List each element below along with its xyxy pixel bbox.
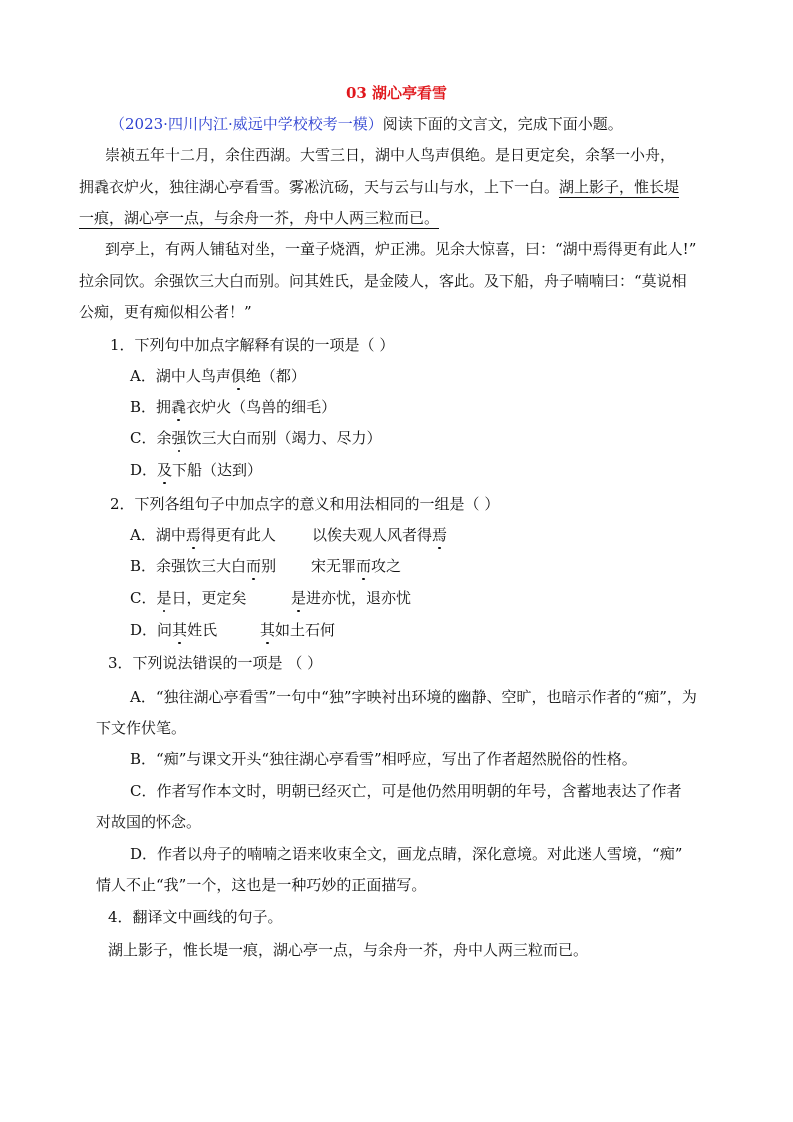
option-text: 以俟夫观人风者得 bbox=[312, 526, 432, 544]
question-2-stem: 2．下列各组句子中加点字的意义和用法相同的一组是（ ） bbox=[110, 494, 499, 514]
option-label: C． bbox=[130, 429, 156, 447]
question-3-option-c: C．作者写作本文时，明朝已经灭亡，可是他仍然用明朝的年号，含蓄地表达了作者 bbox=[130, 781, 682, 801]
option-text: 得更有此人 bbox=[201, 526, 276, 544]
question-3-option-a-cont: 下文作伏笔。 bbox=[96, 718, 186, 738]
instruction-text: 阅读下面的文言文，完成下面小题。 bbox=[383, 115, 623, 133]
option-label: D． bbox=[130, 845, 157, 863]
option-text: 拥 bbox=[156, 398, 171, 416]
question-1-option-c: C．余强饮三大白而别（竭力、尽力） bbox=[130, 428, 382, 448]
question-3-option-d-cont: 情人不止“我”一个，这也是一种巧妙的正面描写。 bbox=[96, 875, 426, 895]
option-label: D． bbox=[130, 461, 157, 479]
passage-p1-line1: 崇祯五年十二月，余住西湖。大雪三日，湖中人鸟声俱绝。是日更定矣，余拏一小舟， bbox=[105, 145, 675, 165]
dotted-char: 俱 bbox=[231, 366, 246, 386]
option-label: A． bbox=[130, 367, 156, 385]
dotted-char: 而 bbox=[246, 556, 261, 576]
question-2-option-d: D．问其姓氏 bbox=[130, 620, 217, 640]
underlined-sentence: 湖上影子，惟长堤 bbox=[559, 178, 679, 198]
passage-p1-line2: 拥毳衣炉火，独往湖心亭看雪。雾凇沆砀，天与云与山与水，上下一白。湖上影子，惟长堤 bbox=[79, 177, 679, 197]
option-label: B． bbox=[130, 557, 156, 575]
dotted-char: 是 bbox=[156, 588, 171, 608]
question-2-option-a-second: 以俟夫观人风者得焉 bbox=[312, 525, 447, 545]
source-citation: （2023·四川内江·威远中学校校考一模） bbox=[110, 115, 383, 133]
passage-p2-line3: 公痴，更有痴似相公者！” bbox=[79, 302, 252, 322]
option-text: 作者以舟子的喃喃之语来收束全文，画龙点睛，深化意境。对此迷人雪境，“痴” bbox=[157, 845, 682, 863]
option-text: 湖中人鸟声 bbox=[156, 367, 231, 385]
passage-p1-line3: 一痕，湖心亭一点，与余舟一芥，舟中人两三粒而已。 bbox=[79, 208, 439, 228]
question-2-option-c: C．是日，更定矣 bbox=[130, 588, 247, 608]
question-3-option-a: A．“独往湖心亭看雪”一句中“独”字映衬出环境的幽静、空旷，也暗示作者的“痴”，… bbox=[130, 687, 697, 707]
question-1-option-b: B．拥毳衣炉火（鸟兽的细毛） bbox=[130, 397, 336, 417]
dotted-char: 及 bbox=[157, 460, 172, 480]
question-1-option-d: D．及下船（达到） bbox=[130, 460, 262, 480]
option-label: B． bbox=[130, 750, 156, 768]
passage-p2-line1: 到亭上，有两人铺毡对坐，一童子烧酒，炉正沸。见余大惊喜，曰：“湖中焉得更有此人!… bbox=[105, 239, 696, 259]
document-title: 03 湖心亭看雪 bbox=[0, 83, 793, 103]
option-label: A． bbox=[130, 526, 156, 544]
passage-p2-line2: 拉余同饮。余强饮三大白而别。问其姓氏，是金陵人，客此。及下船，舟子喃喃曰：“莫说… bbox=[79, 271, 687, 291]
question-2-option-b: B．余强饮三大白而别 bbox=[130, 556, 276, 576]
dotted-char: 毳 bbox=[171, 397, 186, 417]
option-label: A． bbox=[130, 688, 156, 706]
question-3-option-c-cont: 对故国的怀念。 bbox=[96, 812, 201, 832]
option-label: C． bbox=[130, 589, 156, 607]
option-text: 作者写作本文时，明朝已经灭亡，可是他仍然用明朝的年号，含蓄地表达了作者 bbox=[156, 782, 681, 800]
dotted-char: 焉 bbox=[432, 525, 447, 545]
option-text: 日，更定矣 bbox=[172, 589, 247, 607]
option-label: C． bbox=[130, 782, 156, 800]
dotted-char: 焉 bbox=[186, 525, 201, 545]
option-label: B． bbox=[130, 398, 156, 416]
question-3-stem: 3．下列说法错误的一项是 （ ） bbox=[108, 653, 322, 673]
question-1-stem: 1．下列句中加点字解释有误的一项是（ ） bbox=[110, 335, 394, 355]
question-4-answer-line: 湖上影子，惟长堤一痕，湖心亭一点，与余舟一芥，舟中人两三粒而已。 bbox=[108, 940, 588, 960]
dotted-char: 其 bbox=[172, 620, 187, 640]
option-text: 余 bbox=[156, 429, 171, 447]
option-text: 衣炉火（鸟兽的细毛） bbox=[186, 398, 336, 416]
option-text: 湖中 bbox=[156, 526, 186, 544]
option-text: “痴”与课文开头“独往湖心亭看雪”相呼应，写出了作者超然脱俗的性格。 bbox=[156, 750, 637, 768]
passage-text: 拥毳衣炉火，独往湖心亭看雪。雾凇沆砀，天与云与山与水，上下一白。 bbox=[79, 178, 559, 196]
option-text: 下船（达到） bbox=[172, 461, 262, 479]
option-text: 攻之 bbox=[371, 557, 401, 575]
question-2-option-b-second: 宋无罪而攻之 bbox=[311, 556, 401, 576]
question-3-option-d: D．作者以舟子的喃喃之语来收束全文，画龙点睛，深化意境。对此迷人雪境，“痴” bbox=[130, 844, 682, 864]
option-text: 问 bbox=[157, 621, 172, 639]
question-3-option-b: B．“痴”与课文开头“独往湖心亭看雪”相呼应，写出了作者超然脱俗的性格。 bbox=[130, 749, 637, 769]
question-4-stem: 4．翻译文中画线的句子。 bbox=[108, 907, 283, 927]
question-1-option-a: A．湖中人鸟声俱绝（都） bbox=[130, 366, 306, 386]
question-2-option-c-second: 是进亦忧，退亦忧 bbox=[291, 588, 411, 608]
dotted-char: 是 bbox=[291, 588, 306, 608]
option-text: 余强饮三大白 bbox=[156, 557, 246, 575]
intro-line: （2023·四川内江·威远中学校校考一模）阅读下面的文言文，完成下面小题。 bbox=[110, 114, 623, 134]
dotted-char: 而 bbox=[356, 556, 371, 576]
option-text: 宋无罪 bbox=[311, 557, 356, 575]
option-text: 进亦忧，退亦忧 bbox=[306, 589, 411, 607]
dotted-char: 强 bbox=[172, 428, 187, 448]
option-text: 别 bbox=[261, 557, 276, 575]
option-text: 如土石何 bbox=[275, 621, 335, 639]
option-text: 饮三大白而别（竭力、尽力） bbox=[187, 429, 382, 447]
underlined-sentence: 一痕，湖心亭一点，与余舟一芥，舟中人两三粒而已。 bbox=[79, 209, 439, 229]
question-2-option-d-second: 其如土石何 bbox=[260, 620, 335, 640]
option-text: 绝（都） bbox=[246, 367, 306, 385]
option-text: 姓氏 bbox=[187, 621, 217, 639]
option-label: D． bbox=[130, 621, 157, 639]
dotted-char: 其 bbox=[260, 620, 275, 640]
option-text: “独往湖心亭看雪”一句中“独”字映衬出环境的幽静、空旷，也暗示作者的“痴”，为 bbox=[156, 688, 697, 706]
question-2-option-a: A．湖中焉得更有此人 bbox=[130, 525, 276, 545]
